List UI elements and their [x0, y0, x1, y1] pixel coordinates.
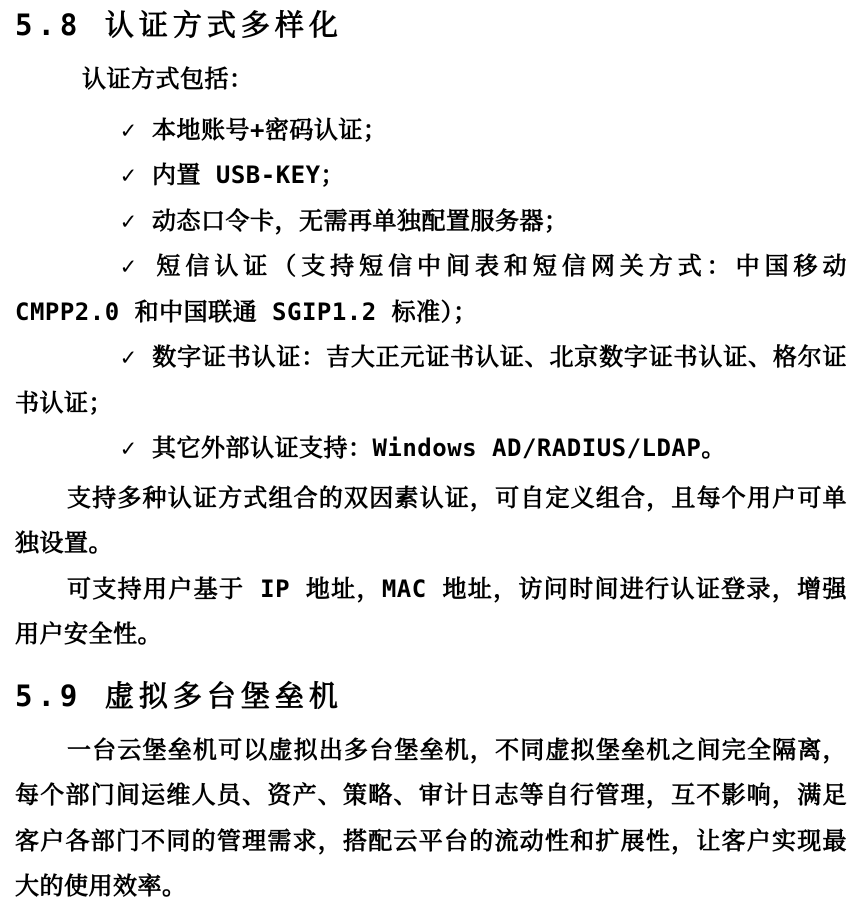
list-item-text: 短信认证（支持短信中间表和短信网关方式：中国移动 CMPP2.0 和中国联通 S… — [15, 252, 847, 326]
section-5-9-body: 一台云堡垒机可以虚拟出多台堡垒机，不同虚拟堡垒机之间完全隔离，每个部门间运维人员… — [15, 728, 847, 910]
list-item-text: 动态口令卡，无需再单独配置服务器； — [152, 207, 569, 235]
checkmark-icon: ✓ — [68, 153, 136, 199]
list-item: ✓内置 USB-KEY； — [15, 153, 847, 199]
list-item-text: 内置 USB-KEY； — [152, 161, 345, 189]
checkmark-icon: ✓ — [68, 108, 136, 154]
checkmark-icon: ✓ — [68, 426, 136, 472]
checkmark-icon: ✓ — [68, 199, 136, 245]
document-page: 5.8 认证方式多样化 认证方式包括： ✓本地账号+密码认证； ✓内置 USB-… — [0, 5, 862, 916]
checkmark-icon: ✓ — [68, 335, 136, 381]
list-item: ✓短信认证（支持短信中间表和短信网关方式：中国移动 CMPP2.0 和中国联通 … — [15, 244, 847, 335]
section-5-8-heading: 5.8 认证方式多样化 — [15, 5, 847, 45]
auth-methods-list: ✓本地账号+密码认证； ✓内置 USB-KEY； ✓动态口令卡，无需再单独配置服… — [15, 108, 847, 472]
section-5-8-body: 支持多种认证方式组合的双因素认证，可自定义组合，且每个用户可单独设置。 可支持用… — [15, 476, 847, 658]
list-item: ✓数字证书认证：吉大正元证书认证、北京数字证书认证、格尔证书认证； — [15, 335, 847, 426]
paragraph: 可支持用户基于 IP 地址，MAC 地址，访问时间进行认证登录，增强用户安全性。 — [15, 567, 847, 658]
list-item: ✓动态口令卡，无需再单独配置服务器； — [15, 199, 847, 245]
paragraph: 一台云堡垒机可以虚拟出多台堡垒机，不同虚拟堡垒机之间完全隔离，每个部门间运维人员… — [15, 728, 847, 910]
list-item: ✓其它外部认证支持：Windows AD/RADIUS/LDAP。 — [15, 426, 847, 472]
auth-methods-intro: 认证方式包括： — [15, 57, 847, 103]
list-item-text: 本地账号+密码认证； — [152, 116, 387, 144]
list-item-text: 数字证书认证：吉大正元证书认证、北京数字证书认证、格尔证书认证； — [15, 343, 847, 417]
section-5-9-heading: 5.9 虚拟多台堡垒机 — [15, 676, 847, 716]
list-item-text: 其它外部认证支持：Windows AD/RADIUS/LDAP。 — [152, 434, 726, 462]
paragraph: 支持多种认证方式组合的双因素认证，可自定义组合，且每个用户可单独设置。 — [15, 476, 847, 567]
checkmark-icon: ✓ — [68, 244, 136, 290]
list-item: ✓本地账号+密码认证； — [15, 108, 847, 154]
